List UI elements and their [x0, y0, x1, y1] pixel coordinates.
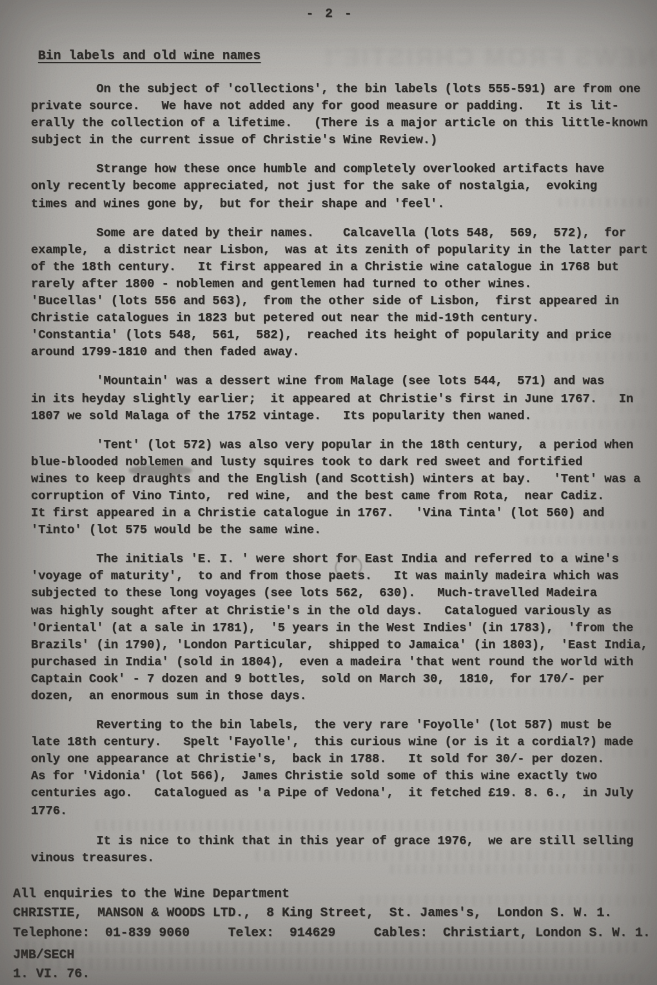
paragraph: Some are dated by their names. Calcavell… [31, 225, 648, 362]
footer-reference: JMB/SECH [13, 945, 90, 964]
footer-company-line: CHRISTIE, MANSON & WOODS LTD., 8 King St… [13, 903, 650, 922]
ghost-bleedthrough-line [25, 941, 640, 953]
paragraph: Strange how these once humble and comple… [31, 161, 648, 212]
document-heading: Bin labels and old wine names [38, 48, 261, 63]
ghost-bleedthrough-line [310, 974, 645, 983]
ghost-bleedthrough-headline: NEWS FROM CHRISTIE'S [326, 44, 656, 76]
paragraph: It is nice to think that in this year of… [31, 833, 648, 867]
paragraph: 'Mountain' was a dessert wine from Malag… [31, 373, 648, 424]
scanned-document-page: NEWS FROM CHRISTIE'S - 2 - Bin labels an… [0, 0, 657, 985]
paragraph: On the subject of 'collections', the bin… [31, 81, 648, 149]
page-number: - 2 - [306, 7, 354, 21]
footer-contacts-line: Telephone: 01-839 9060 Telex: 914629 Cab… [13, 923, 650, 942]
footer-date: 1. VI. 76. [13, 964, 90, 983]
paragraph: 'Tent' (lot 572) was also very popular i… [31, 437, 648, 540]
paragraph: Reverting to the bin labels, the very ra… [31, 717, 648, 820]
footer-signature-block: JMB/SECH 1. VI. 76. [13, 945, 90, 984]
document-body: On the subject of 'collections', the bin… [31, 81, 648, 879]
footer-contact-block: All enquiries to the Wine Department CHR… [13, 884, 650, 942]
footer-enquiries-line: All enquiries to the Wine Department [13, 884, 650, 903]
ghost-bleedthrough-line [25, 958, 595, 970]
paragraph: The initials 'E. I. ' were short for Eas… [31, 551, 648, 705]
